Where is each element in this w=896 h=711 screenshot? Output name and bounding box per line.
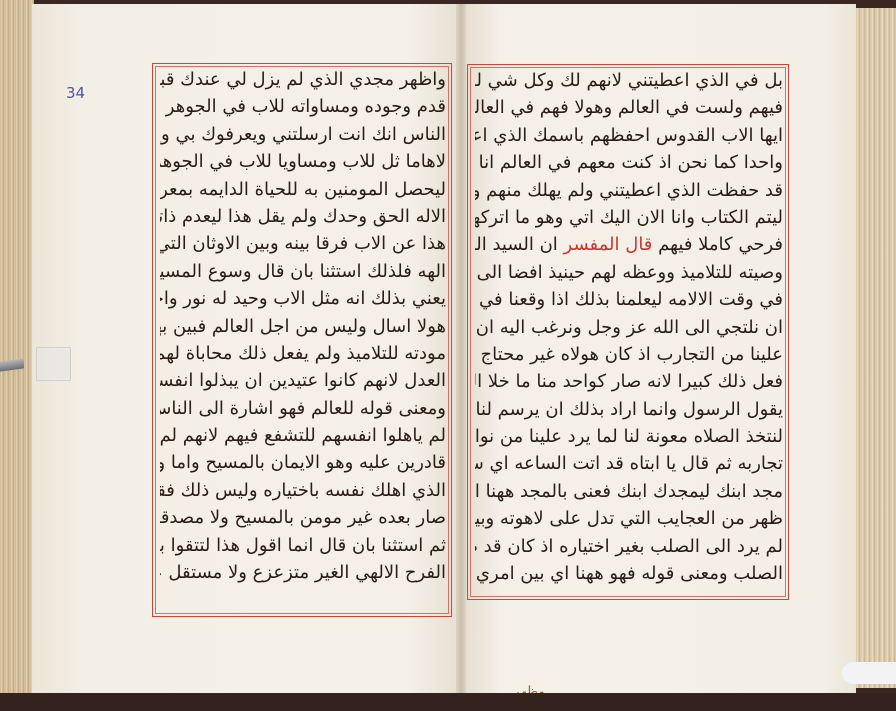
text-line: قد حفظت الذي اعطيتني ولم يهلك منهم واحد …: [475, 177, 783, 204]
text-line: يقول الرسول وانما اراد بذلك ان يرسم لنا …: [475, 396, 783, 423]
text-line: صار بعده غير مومن بالمسيح ولا مصدقا بانه…: [160, 504, 446, 531]
open-manuscript-spread: 34 واظهر مجدي الذي لم يزل لي عندك قبل ان…: [0, 0, 896, 711]
text-line: ايها الاب القدوس احفظهم باسمك الذي اعطيت…: [475, 122, 783, 149]
right-page-text: بل في الذي اعطيتني لانهم لك وكل شي لك فه…: [475, 67, 783, 587]
text-line: الذي اهلك نفسه باختياره وليس ذلك فقط بل …: [160, 477, 446, 504]
text-line: الهه فلذلك استثنا بان قال وسوع المسيح ال…: [160, 258, 446, 285]
text-line: لم يرد الى الصلب بغير اختياره اذ كان قد …: [475, 533, 783, 560]
left-page-text: واظهر مجدي الذي لم يزل لي عندك قبل ان يك…: [160, 66, 446, 586]
text-line-with-rubric: فرحي كاملا فيهم قال المفسر ان السيد المس…: [475, 231, 783, 258]
folio-number: 34: [66, 84, 85, 102]
text-line: واحدا كما نحن اذ كنت معهم في العالم انا …: [475, 149, 783, 176]
text-line: قدم وجوده ومساواته للاب في الجوهر والازل…: [160, 93, 446, 120]
text-line: ليحصل المومنين به للحياة الدايمه بمعرفته…: [160, 176, 446, 203]
text-line: ومعنى قوله للعالم فهو اشارة الى الناس ال…: [160, 395, 446, 422]
text-line: لنتخذ الصلاه معونة لنا لما يرد علينا من …: [475, 423, 783, 450]
text-line: ثم استثنا بان قال انما اقول هذا لتتقوا ب…: [160, 532, 446, 559]
text-line: ليتم الكتاب وانا الان اليك اتي وهو ما ات…: [475, 204, 783, 231]
rubric-heading: قال المفسر: [564, 234, 653, 255]
text-line: بل في الذي اعطيتني لانهم لك وكل شي لك فه…: [475, 67, 783, 94]
right-fore-edge: [856, 8, 896, 688]
repair-tape: [36, 347, 71, 381]
text-line: لاهاما ثل للاب ومساويا للاب في الجوهر وا…: [160, 148, 446, 175]
text-line: مودته للتلاميذ ولم يفعل ذلك محاباة لهم ل…: [160, 340, 446, 367]
text-line: علينا من التجارب اذ كان هولاه غير محتاج …: [475, 341, 783, 368]
text-line: في وقت الالامه ليعلمنا بذلك اذا وقعنا في…: [475, 286, 783, 313]
left-fore-edge: [0, 0, 34, 711]
text-line: ظهر من العجايب التي تدل على لاهوته وبين …: [475, 505, 783, 532]
text-line: لم ياهلوا انفسهم للتشفع فيهم لانهم لم يو…: [160, 422, 446, 449]
text-line: الصلب ومعنى قوله فهو ههنا اي بين امري لل…: [475, 560, 783, 587]
text-line: الاله الحق وحدك ولم يقل هذا ليعدم ذاته ا…: [160, 203, 446, 230]
text-line: الناس انك انت ارسلتني ويعرفوك بي ويومنون…: [160, 121, 446, 148]
text-line: فعل ذلك كبيرا لانه صار كواحد منا ما خلا …: [475, 368, 783, 395]
text-line: هذا عن الاب فرقا بينه وبين الاوثان التي …: [160, 230, 446, 257]
text-line: وصيته للتلاميذ ووعظه لهم حينيذ افضا الى …: [475, 259, 783, 286]
text-line: هولا اسال وليس من اجل العالم فبين بهذا ا…: [160, 313, 446, 340]
text-line: قادرين عليه وهو الايمان بالمسيح واما ولد…: [160, 449, 446, 476]
text-line: الفرح الالهي الغير متزعزع ولا مستقل عنكم…: [160, 559, 446, 586]
book-gutter: [456, 4, 466, 694]
text-line: مجد ابنك ليمجدك ابنك فعنى بالمجد ههنا ال…: [475, 478, 783, 505]
text-line: تجاربه ثم قال يا ابتاه قد اتت الساعه اي …: [475, 450, 783, 477]
binding-shadow: [0, 693, 896, 711]
text-line: يعني بذلك انه مثل الاب وحيد له نور واحد …: [160, 285, 446, 312]
paper-tab-marker: [842, 662, 896, 684]
text-line: واظهر مجدي الذي لم يزل لي عندك قبل ان يك…: [160, 66, 446, 93]
text-line: العدل لانهم كانوا عتيدين ان يبذلوا انفسه…: [160, 367, 446, 394]
text-line: فيهم ولست في العالم وهولا فهم في العالم …: [475, 94, 783, 121]
text-line: ان نلتجي الى الله عز وجل ونرغب اليه ان ي…: [475, 314, 783, 341]
